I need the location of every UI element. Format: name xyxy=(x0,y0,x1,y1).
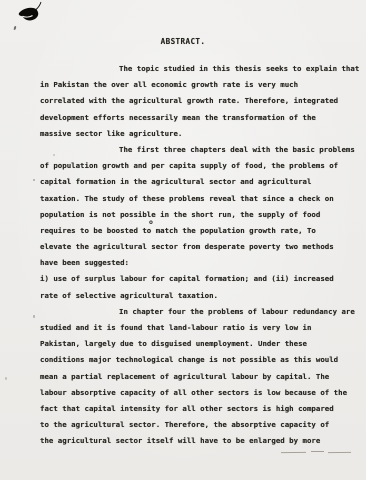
text-line: studied and it is found that land-labour… xyxy=(40,320,356,336)
text-line: in Pakistan the over all economic growth… xyxy=(40,77,356,93)
text-line: requires to be boosted to match the popu… xyxy=(40,223,356,239)
text-line: fact that capital intensity for all othe… xyxy=(40,401,356,417)
text-line: conditions major technological change is… xyxy=(40,352,356,368)
text-line: In chapter four the problems of labour r… xyxy=(40,304,356,320)
text-line: The topic studied in this thesis seeks t… xyxy=(40,61,356,77)
text-line: the agricultural sector itself will have… xyxy=(40,433,356,449)
text-line: elevate the agricultural sector from des… xyxy=(40,239,356,255)
scan-speck xyxy=(33,179,35,181)
text-line: The first three chapters deal with the b… xyxy=(40,142,356,158)
text-line: of population growth and per capita supp… xyxy=(40,158,356,174)
text-line: taxation. The study of these problems re… xyxy=(40,191,356,207)
text-line: capital formation in the agricultural se… xyxy=(40,174,356,190)
pencil-underline-mark xyxy=(311,451,324,452)
scanned-page: ABSTRACT. The topic studied in this thes… xyxy=(0,0,366,480)
scan-speck xyxy=(5,377,7,380)
text-line: i) use of surplus labour for capital for… xyxy=(40,271,356,287)
text-line: mean a partial replacement of agricultur… xyxy=(40,369,356,385)
text-line: labour absorptive capacity of all other … xyxy=(40,385,356,401)
page-title: ABSTRACT. xyxy=(0,37,366,46)
text-line: correlated with the agricultural growth … xyxy=(40,93,356,109)
text-line: Pakistan, largely due to disguised unemp… xyxy=(40,336,356,352)
pencil-underline-mark xyxy=(328,452,351,453)
text-line: to the agricultural sector. Therefore, t… xyxy=(40,417,356,433)
text-line: massive sector like agriculture. xyxy=(40,126,356,142)
text-line: development efforts necessarily mean the… xyxy=(40,110,356,126)
text-line: population is not possible in the short … xyxy=(40,207,356,223)
typed-correction-mark: o xyxy=(149,218,153,226)
pencil-underline-mark xyxy=(281,452,306,453)
abstract-text-block: The topic studied in this thesis seeks t… xyxy=(40,61,356,450)
text-line: have been suggested: xyxy=(40,255,356,271)
scan-speck xyxy=(33,315,35,318)
text-line: rate of selective agricultural taxation. xyxy=(40,288,356,304)
